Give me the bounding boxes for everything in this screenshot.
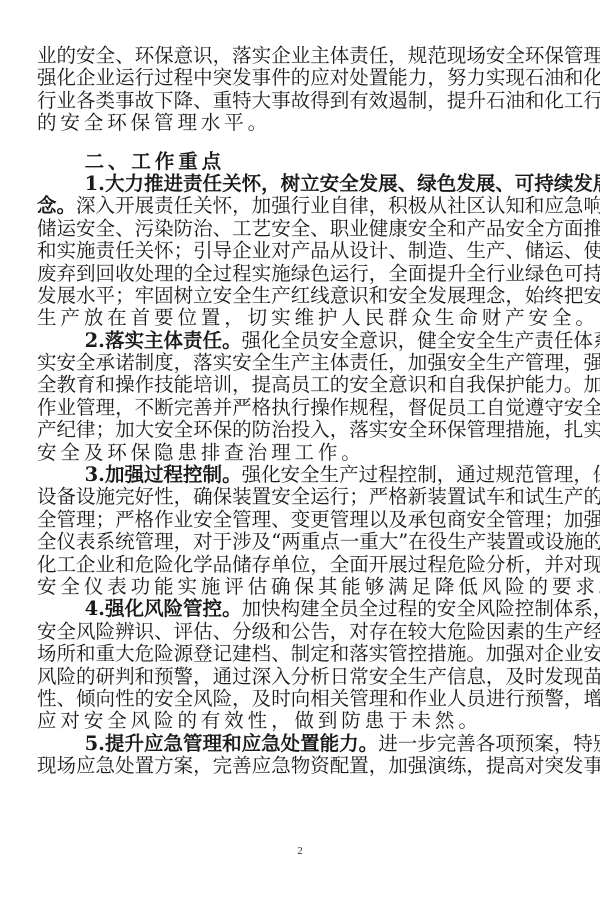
text-line: 安全及环保隐患排查治理工作。 (37, 442, 561, 464)
text-line: 全管理；严格作业安全管理、变更管理以及承包商安全管理；加强安 (37, 509, 561, 531)
text-line: 场所和重大危险源登记建档、制定和落实管控措施。加强对企业安全 (37, 643, 561, 665)
item-3-first-line: 3. 加强过程控制。强化安全生产过程控制，通过规范管理，保持 (37, 464, 561, 486)
text-line: 现场应急处置方案，完善应急物资配置，加强演练，提高对突发事件的 (37, 755, 561, 777)
item-1-heading: 1. 大力推进责任关怀，树立安全发展、绿色发展、可持续发展理 (37, 173, 561, 195)
text-line: 发展水平；牢固树立安全生产红线意识和安全发展理念，始终把安全 (37, 285, 561, 307)
text-line: 的安全环保管理水平。 (37, 112, 561, 134)
text-line: 储运安全、污染防治、工艺安全、职业健康安全和产品安全方面推进 (37, 218, 561, 240)
text-line: 业的安全、环保意识，落实企业主体责任，规范现场安全环保管理， (37, 45, 561, 67)
item-2-first-line: 2. 落实主体责任。强化全员安全意识，健全安全生产责任体系，落 (37, 330, 561, 352)
text-line: 行业各类事故下降、重特大事故得到有效遏制，提升石油和化工行业 (37, 90, 561, 112)
document-page: 业的安全、环保意识，落实企业主体责任，规范现场安全环保管理， 强化企业运行过程中… (37, 45, 561, 778)
text-line: 念。深入开展责任关怀，加强行业自律，积极从社区认知和应急响应、 (37, 195, 561, 217)
text-line: 实安全承诺制度，落实安全生产主体责任，加强安全生产管理，强化安 (37, 352, 561, 374)
text-line: 和实施责任关怀；引导企业对产品从设计、制造、生产、储运、使用、 (37, 240, 561, 262)
text-line: 生产放在首要位置，切实维护人民群众生命财产安全。 (37, 307, 561, 329)
text-line: 设备设施完好性，确保装置安全运行；严格新装置试车和试生产的安 (37, 486, 561, 508)
text-line: 风险的研判和预警，通过深入分析日常安全生产信息，及时发现苗头 (37, 666, 561, 688)
item-4-first-line: 4. 强化风险管控。加快构建全员全过程的安全风险控制体系，开展 (37, 598, 561, 620)
text-line: 废弃到回收处理的全过程实施绿色运行，全面提升全行业绿色可持续 (37, 263, 561, 285)
text-line: 作业管理，不断完善并严格执行操作规程，督促员工自觉遵守安全生 (37, 397, 561, 419)
text-line: 强化企业运行过程中突发事件的应对处置能力，努力实现石油和化工 (37, 67, 561, 89)
item-5-first-line: 5. 提升应急管理和应急处置能力。进一步完善各项预案，特别是 (37, 733, 561, 755)
text-line: 全仪表系统管理，对于涉及“两重点一重大”在役生产装置或设施的 (37, 531, 561, 553)
text-line: 安全仪表功能实施评估确保其能够满足降低风险的要求。 (37, 576, 561, 598)
text-line: 安全风险辨识、评估、分级和公告，对存在较大危险因素的生产经营 (37, 621, 561, 643)
page-number: 2 (0, 845, 600, 857)
text-line: 应对安全风险的有效性，做到防患于未然。 (37, 710, 561, 732)
section-heading: 二、工作重点 (37, 151, 561, 173)
text-line: 性、倾向性的安全风险，及时向相关管理和作业人员进行预警，增强 (37, 688, 561, 710)
text-line: 全教育和操作技能培训，提高员工的安全意识和自我保护能力。加强 (37, 374, 561, 396)
text-line: 化工企业和危险化学品储存单位，全面开展过程危险分析，并对现有 (37, 554, 561, 576)
text-line: 产纪律；加大安全环保的防治投入，落实安全环保管理措施，扎实开展 (37, 419, 561, 441)
